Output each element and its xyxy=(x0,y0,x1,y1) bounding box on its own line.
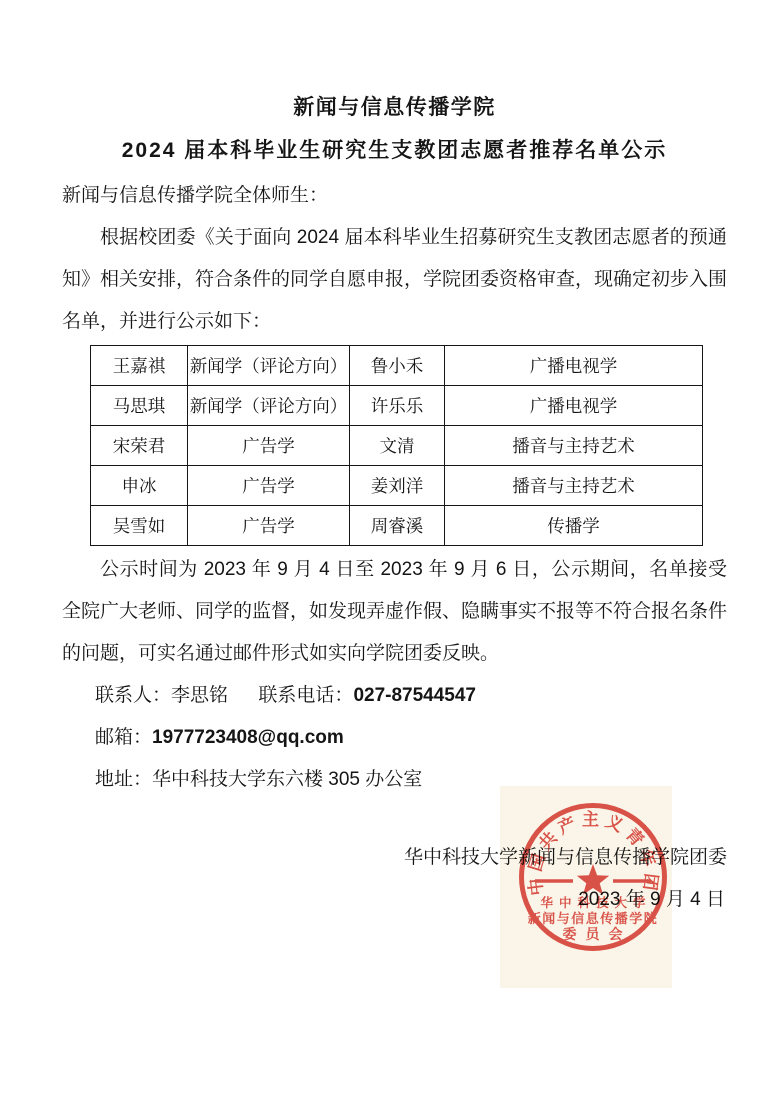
stamp-line1: 华中科技大学 xyxy=(540,895,651,910)
nominee-name: 鲁小禾 xyxy=(350,346,445,386)
nominee-major: 广告学 xyxy=(188,466,350,506)
contact-address-label: 地址： xyxy=(95,769,152,790)
nominee-major: 广告学 xyxy=(188,506,350,546)
table-row: 宋荣君 广告学 文清 播音与主持艺术 xyxy=(91,426,703,466)
document-page: 新闻与信息传播学院 2024 届本科毕业生研究生支教团志愿者推荐名单公示 新闻与… xyxy=(0,0,783,1113)
nominee-name: 吴雪如 xyxy=(91,506,188,546)
contact-person-value: 李思铭 xyxy=(171,685,228,706)
official-seal-stamp: 中国共产主义青年团 华中科技大学 新闻与信息传播学院 委员会 xyxy=(513,797,673,957)
table-row: 王嘉祺 新闻学（评论方向） 鲁小禾 广播电视学 xyxy=(91,346,703,386)
contact-person-label: 联系人： xyxy=(95,685,171,706)
intro-paragraph: 根据校团委《关于面向 2024 届本科毕业生招募研究生支教团志愿者的预通知》相关… xyxy=(62,217,727,343)
nominee-major: 播音与主持艺术 xyxy=(445,426,703,466)
notice-paragraph: 公示时间为 2023 年 9 月 4 日至 2023 年 9 月 6 日，公示期… xyxy=(62,549,727,675)
nominee-major: 传播学 xyxy=(445,506,703,546)
nominee-major: 播音与主持艺术 xyxy=(445,466,703,506)
nominee-name: 周睿溪 xyxy=(350,506,445,546)
stamp-line3: 委员会 xyxy=(563,926,632,942)
nominee-major: 新闻学（评论方向） xyxy=(188,346,350,386)
nominee-major: 广播电视学 xyxy=(445,346,703,386)
nominee-table: 王嘉祺 新闻学（评论方向） 鲁小禾 广播电视学 马思琪 新闻学（评论方向） 许乐… xyxy=(90,345,703,546)
nominee-name: 姜刘洋 xyxy=(350,466,445,506)
nominee-major: 广播电视学 xyxy=(445,386,703,426)
nominee-major: 广告学 xyxy=(188,426,350,466)
contact-email-line: 邮箱：1977723408@qq.com xyxy=(62,717,727,759)
doc-title-line2: 2024 届本科毕业生研究生支教团志愿者推荐名单公示 xyxy=(62,138,727,164)
nominee-name: 宋荣君 xyxy=(91,426,188,466)
nominee-name: 申冰 xyxy=(91,466,188,506)
table-row: 马思琪 新闻学（评论方向） 许乐乐 广播电视学 xyxy=(91,386,703,426)
nominee-name: 马思琪 xyxy=(91,386,188,426)
contact-phone-label: 联系电话： xyxy=(258,685,353,706)
table-row: 吴雪如 广告学 周睿溪 传播学 xyxy=(91,506,703,546)
contact-address-value: 华中科技大学东六楼 305 办公室 xyxy=(152,769,422,790)
nominee-major: 新闻学（评论方向） xyxy=(188,386,350,426)
stamp-line2: 新闻与信息传播学院 xyxy=(528,911,659,926)
nominee-name: 王嘉祺 xyxy=(91,346,188,386)
contact-email-value: 1977723408@qq.com xyxy=(152,727,344,748)
nominee-name: 文清 xyxy=(350,426,445,466)
contact-person-line: 联系人：李思铭联系电话：027-87544547 xyxy=(62,675,727,717)
contact-phone-value: 027-87544547 xyxy=(353,685,476,706)
salutation: 新闻与信息传播学院全体师生： xyxy=(62,175,727,217)
doc-title-line1: 新闻与信息传播学院 xyxy=(62,95,727,121)
stamp-star-icon xyxy=(577,864,609,895)
table-row: 申冰 广告学 姜刘洋 播音与主持艺术 xyxy=(91,466,703,506)
nominee-name: 许乐乐 xyxy=(350,386,445,426)
contact-email-label: 邮箱： xyxy=(95,727,152,748)
